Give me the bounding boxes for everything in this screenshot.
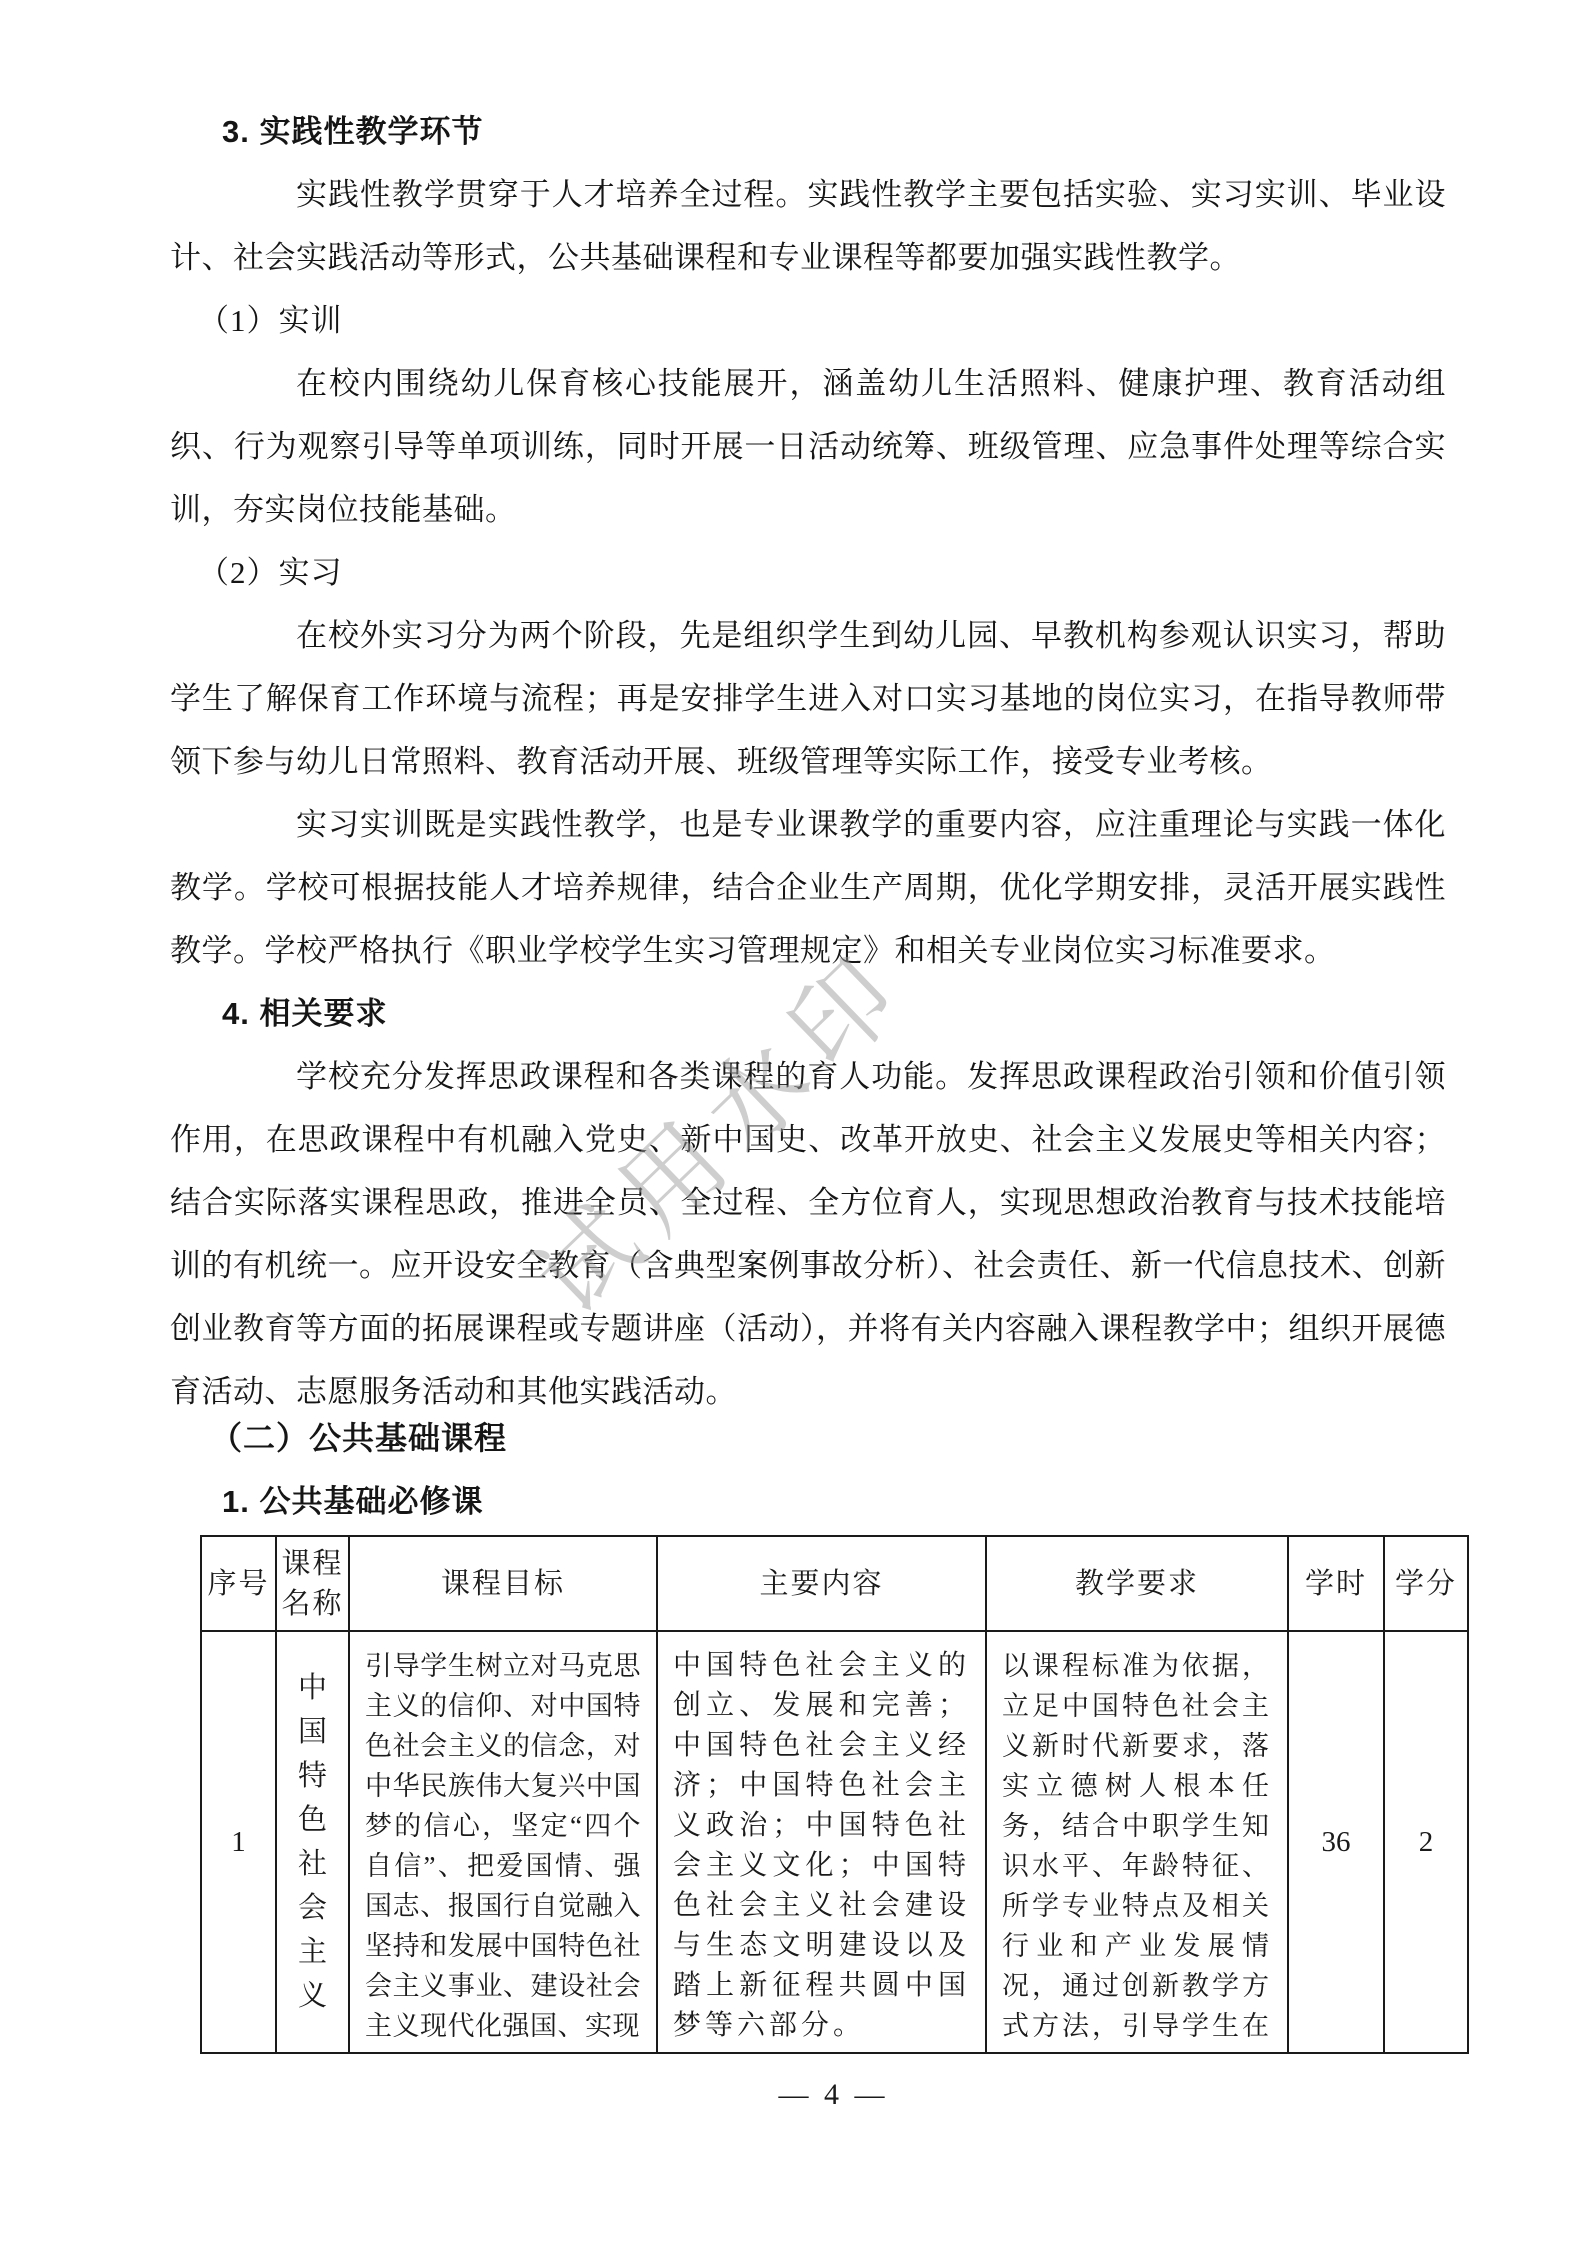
paragraph-training: 在校内围绕幼儿保育核心技能展开，涵盖幼儿生活照料、健康护理、教育活动组织、行为观… — [170, 352, 1446, 541]
document-body: 3. 实践性教学环节 实践性教学贯穿于人才培养全过程。实践性教学主要包括实验、实… — [170, 100, 1446, 1533]
paragraph-internship-stages: 在校外实习分为两个阶段，先是组织学生到幼儿园、早教机构参观认识实习，帮助学生了解… — [170, 604, 1446, 793]
header-objectives: 课程目标 — [349, 1536, 657, 1631]
header-course-name: 课程名称 — [276, 1536, 349, 1631]
content-value: 中国特色社会主义的创立、发展和完善；中国特色社会主义经济；中国特色社会主义政治；… — [673, 1646, 970, 2050]
cell-objectives: 引导学生树立对马克思主义的信仰、对中国特色社会主义的信念，对中华民族伟大复兴中国… — [349, 1631, 657, 2053]
header-hours: 学时 — [1288, 1536, 1384, 1631]
page-number: — 4 — — [200, 2078, 1467, 2112]
header-seq: 序号 — [201, 1536, 276, 1631]
cell-requirements: 以课程标准为依据，立足中国特色社会主义新时代新要求，落实立德树人根本任务，结合中… — [986, 1631, 1288, 2053]
cell-course-name: 中国特色社会主义 — [276, 1631, 349, 2053]
subheading-internship: （2）实习 — [170, 541, 1446, 604]
paragraph-internship-rules: 实习实训既是实践性教学，也是专业课教学的重要内容，应注重理论与实践一体化教学。学… — [170, 793, 1446, 982]
header-content: 主要内容 — [657, 1536, 986, 1631]
header-requirements: 教学要求 — [986, 1536, 1288, 1631]
header-credits: 学分 — [1384, 1536, 1468, 1631]
heading-related-requirements: 4. 相关要求 — [170, 982, 1446, 1045]
objectives-value: 引导学生树立对马克思主义的信仰、对中国特色社会主义的信念，对中华民族伟大复兴中国… — [365, 1646, 641, 2050]
hours-value: 36 — [1290, 1826, 1382, 1859]
requirements-value: 以课程标准为依据，立足中国特色社会主义新时代新要求，落实立德树人根本任务，结合中… — [1002, 1646, 1272, 2050]
table-row: 1 中国特色社会主义 引导学生树立对马克思主义的信仰、对中国特色社会主义的信念，… — [201, 1631, 1468, 2053]
paragraph-practical-overview: 实践性教学贯穿于人才培养全过程。实践性教学主要包括实验、实习实训、毕业设计、社会… — [170, 163, 1446, 289]
paragraph-ideological: 学校充分发挥思政课程和各类课程的育人功能。发挥思政课程政治引领和价值引领作用，在… — [170, 1045, 1446, 1423]
heading-public-basic-courses: （二）公共基础课程 — [170, 1407, 1446, 1470]
heading-practical-teaching: 3. 实践性教学环节 — [170, 100, 1446, 163]
table-header-row: 序号 课程名称 课程目标 主要内容 教学要求 学时 学分 — [201, 1536, 1468, 1631]
course-name-value: 中国特色社会主义 — [297, 1666, 328, 2018]
courses-table: 序号 课程名称 课程目标 主要内容 教学要求 学时 学分 1 中国特色社会主义 … — [200, 1535, 1469, 2054]
subheading-training: （1）实训 — [170, 289, 1446, 352]
credits-value: 2 — [1386, 1826, 1466, 1859]
heading-required-courses: 1. 公共基础必修课 — [170, 1470, 1446, 1533]
cell-seq: 1 — [201, 1631, 276, 2053]
document-page: 试用水印 3. 实践性教学环节 实践性教学贯穿于人才培养全过程。实践性教学主要包… — [0, 0, 1587, 2245]
cell-content: 中国特色社会主义的创立、发展和完善；中国特色社会主义经济；中国特色社会主义政治；… — [657, 1631, 986, 2053]
cell-credits: 2 — [1384, 1631, 1468, 2053]
seq-value: 1 — [203, 1826, 274, 1859]
cell-hours: 36 — [1288, 1631, 1384, 2053]
